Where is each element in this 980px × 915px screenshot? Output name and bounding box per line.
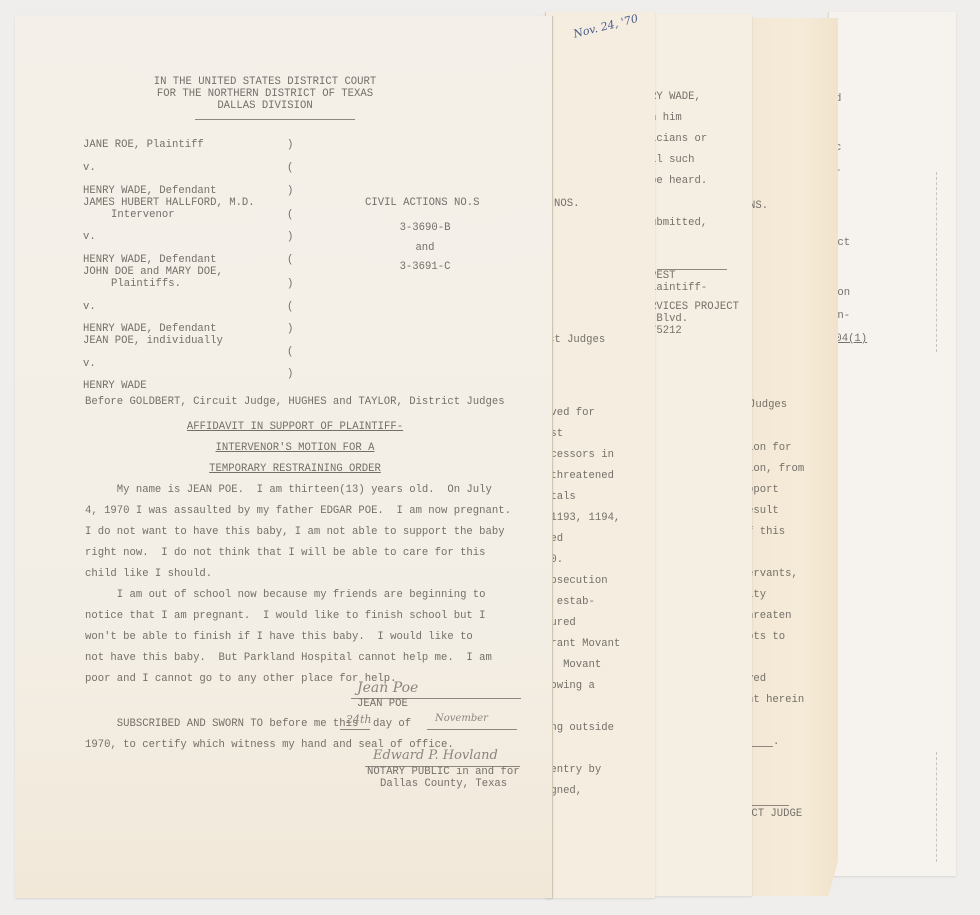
page-4-fragment: . (773, 736, 779, 748)
document-page-2: Nov. 24, '70 NOS. ct Judges oved for nst… (545, 12, 655, 898)
page-2-fragment: ccessors in (544, 449, 614, 461)
affidavit-front-page: IN THE UNITED STATES DISTRICT COURT FOR … (15, 16, 553, 898)
page-3-fragment: il such (650, 154, 695, 166)
caption-bracket: ) (287, 368, 293, 380)
body-line: poor and I cannot go to any other place … (85, 673, 397, 685)
affiant-typed-name: JEAN POE (357, 698, 408, 710)
page-4-fragment: f this (747, 526, 785, 538)
notary-line: NOTARY PUBLIC in and for (367, 766, 520, 778)
document-page-5: d c - ect ion en- .04(1) - (828, 12, 956, 876)
body-line: My name is JEAN POE. I am thirteen(13) y… (85, 484, 492, 496)
court-header-line: FOR THE NORTHERN DISTRICT OF TEXAS (135, 88, 395, 100)
case-number: 3-3690-B (365, 222, 485, 234)
page-3-fragment: icians or (650, 133, 707, 145)
notary-handwritten-signature: Edward P. Hovland (373, 748, 498, 763)
civil-actions-label: CIVIL ACTIONS NO.S (365, 197, 479, 209)
page-4-fragment: ion for (747, 442, 792, 454)
page-2-fragment: NOS. (554, 198, 579, 210)
body-line: right now. I do not think that I will be… (85, 547, 486, 559)
caption-bracket: ( (287, 301, 293, 313)
body-line: I am out of school now because my friend… (85, 589, 486, 601)
caption-party-role: Intervenor (111, 209, 175, 221)
body-line: I do not want to have this baby, I am no… (85, 526, 505, 538)
page-4-fragment: pts to (747, 631, 785, 643)
page-3-fragment: RY WADE, (650, 91, 701, 103)
page-3-fragment: RVICES PROJECT (650, 301, 739, 313)
caption-party: JOHN DOE and MARY DOE, (83, 266, 223, 278)
page-4-fragment: ervants, (747, 568, 798, 580)
oath-day-handwritten: 24th (346, 713, 372, 726)
caption-bracket: ( (287, 254, 293, 266)
page-4-fragment: ion, from (747, 463, 804, 475)
page-2-fragment: ct Judges (548, 334, 605, 346)
page-4-fragment: Judges (749, 399, 787, 411)
caption-bracket: ( (287, 209, 293, 221)
body-line: 4, 1970 I was assaulted by my father EDG… (85, 505, 511, 517)
caption-party-role: Plaintiffs. (111, 278, 181, 290)
caption-versus: v. (83, 358, 96, 370)
oath-line: SUBSCRIBED AND SWORN TO before me this (85, 718, 358, 730)
caption-bracket: ) (287, 278, 293, 290)
caption-party: JEAN POE, individually (83, 335, 223, 347)
title-line: TEMPORARY RESTRAINING ORDER (85, 463, 505, 475)
page-2-fragment: threatened (544, 470, 614, 482)
caption-party: HENRY WADE (83, 380, 147, 392)
title-line: AFFIDAVIT IN SUPPORT OF PLAINTIFF- (85, 421, 505, 433)
document-page-4: NS. Judges ion for ion, from pport esult… (744, 18, 838, 896)
page-2-fragment: rosecution (544, 575, 608, 587)
oath-day-line (340, 729, 370, 730)
page-3-fragment: Blvd. (650, 313, 688, 325)
court-header-line: IN THE UNITED STATES DISTRICT COURT (135, 76, 395, 88)
caption-party: HENRY WADE, Defendant (83, 254, 217, 266)
case-number-conjunction: and (365, 242, 485, 254)
judges-line: Before GOLDBERT, Circuit Judge, HUGHES a… (85, 396, 505, 408)
notary-line: Dallas County, Texas (380, 778, 507, 790)
title-line: INTERVENOR'S MOTION FOR A (85, 442, 505, 454)
caption-versus: v. (83, 231, 96, 243)
page-2-fragment: krant Movant (544, 638, 620, 650)
document-page-3: RY WADE, h him icians or il such be hear… (648, 14, 752, 896)
caption-bracket: ) (287, 139, 293, 151)
caption-party: JAMES HUBERT HALLFORD, M.D. (83, 197, 255, 209)
body-line: notice that I am pregnant. I would like … (85, 610, 486, 622)
caption-bracket: ) (287, 185, 293, 197)
oath-line: day of (373, 718, 411, 730)
court-header-line: DALLAS DIVISION (135, 100, 395, 112)
body-line: not have this baby. But Parkland Hospita… (85, 652, 492, 664)
caption-party: HENRY WADE, Defendant (83, 323, 217, 335)
page-4-fragment: nt herein (747, 694, 804, 706)
page-2-fragment: ing outside (544, 722, 614, 734)
page-3-fragment: laintiff- (650, 282, 707, 294)
dotted-margin-line (936, 172, 937, 352)
page-3-fragment: ubmitted, (650, 217, 707, 229)
body-line: child like I should. (85, 568, 212, 580)
caption-versus: v. (83, 301, 96, 313)
page-2-fragment: 1193, 1194, (544, 512, 620, 524)
page-3-fragment: be heard. (650, 175, 707, 187)
case-number: 3-3691-C (365, 261, 485, 273)
page-4-fragment: hreaten (747, 610, 792, 622)
oath-month-handwritten: November (435, 713, 488, 724)
caption-bracket: ( (287, 346, 293, 358)
dotted-margin-line (936, 752, 937, 862)
header-rule (195, 119, 355, 120)
caption-party: HENRY WADE, Defendant (83, 185, 217, 197)
caption-party: JANE ROE, Plaintiff (83, 139, 204, 151)
caption-bracket: ) (287, 323, 293, 335)
caption-versus: v. (83, 162, 96, 174)
handwritten-date: Nov. 24, '70 (572, 12, 639, 41)
oath-month-line (427, 729, 517, 730)
affiant-handwritten-signature: Jean Poe (357, 680, 418, 696)
caption-bracket: ( (287, 162, 293, 174)
body-line: won't be able to finish if I have this b… (85, 631, 473, 643)
page-4-fragment: ICT JUDGE (745, 808, 802, 820)
caption-bracket: ) (287, 231, 293, 243)
